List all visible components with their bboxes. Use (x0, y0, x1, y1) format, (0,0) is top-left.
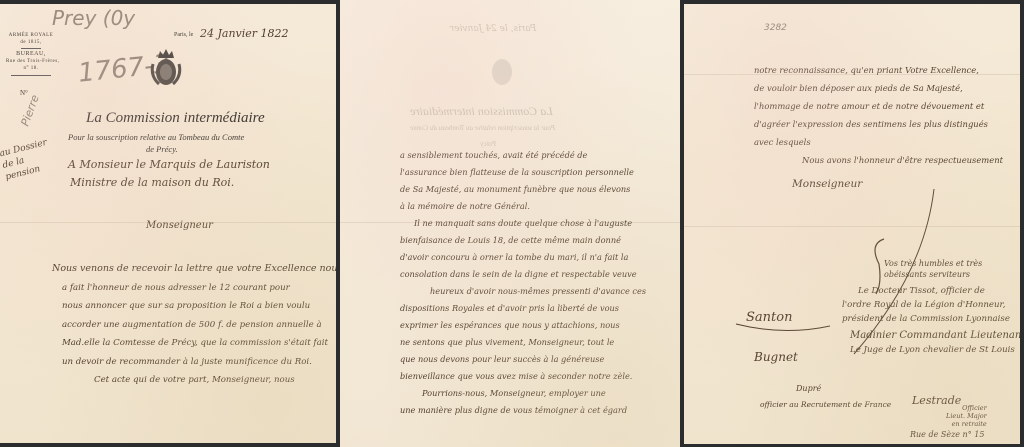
letter-title: La Commission intermédiaire (86, 110, 265, 127)
letter-body-continued: a sensiblement touchés, avait été précéd… (400, 147, 646, 419)
signatory-block: Le Docteur Tissot, officier de l'ordre R… (842, 284, 1020, 357)
bleed-subtitle: Pour la souscription relative au Tombeau… (410, 124, 555, 132)
body-line: de vouloir bien déposer aux pieds de Sa … (754, 79, 1003, 97)
dateline-date: 24 Janvier 1822 (200, 27, 289, 40)
body-line: Pourrions-nous, Monseigneur, employer un… (400, 385, 646, 402)
body-line: nous annoncer que sur sa proposition le … (52, 297, 336, 316)
body-line: un devoir de recommander à la juste muni… (52, 353, 336, 372)
signatory-line: Madinier Commandant Lieutenant (842, 329, 1020, 343)
letter-subtitle-name: de Précy. (146, 144, 178, 154)
dateline-prefix: Paris, le (174, 32, 193, 38)
letterhead-line: de 1815, (6, 39, 56, 46)
body-line: Cet acte qui de votre part, Monseigneur,… (52, 371, 336, 390)
letter-body-closing: notre reconnaissance, qu'en priant Votre… (754, 61, 1003, 169)
officer-note-line: Officier (946, 404, 987, 412)
sender-address: Rue de Sèze n° 15 (910, 430, 984, 439)
signatory-line: Le Docteur Tissot, officier de (842, 284, 1020, 298)
body-line: accorder une augmentation de 500 f. de p… (52, 316, 336, 335)
signature-flourish-icon (734, 320, 834, 336)
letter-subtitle: Pour la souscription relative au Tombeau… (68, 132, 244, 142)
officer-note-line: Lieut. Major (946, 412, 987, 420)
pencil-archive-number: 3282 (764, 23, 787, 33)
body-line: dispositions Royales et d'avoir pris la … (400, 300, 646, 317)
body-line: de Sa Majesté, au monument funèbre que n… (400, 181, 646, 198)
body-line: notre reconnaissance, qu'en priant Votre… (754, 61, 1003, 79)
body-line: avec lesquels (754, 133, 1003, 151)
pencil-note-name: Pierre (19, 93, 42, 128)
body-line: Il ne manquait sans doute quelque chose … (400, 215, 646, 232)
closing-line: obéissants serviteurs (884, 269, 982, 280)
signatory-line: Le Juge de Lyon chevalier de St Louis (842, 343, 1020, 357)
officer-note: Officier Lieut. Major en retraite (946, 404, 987, 428)
body-line: d'agréer l'expression des sentimens les … (754, 115, 1003, 133)
signatory-line: l'ordre Royal de la Légion d'Honneur, (842, 298, 1020, 312)
body-line: une manière plus digne de vous témoigner… (400, 402, 646, 419)
bleed-date: Paris, le 24 Janvier (450, 24, 536, 34)
letter-body: Nous venons de recevoir la lettre que vo… (52, 260, 336, 390)
body-line: d'avoir concouru à orner la tombe du mar… (400, 249, 646, 266)
signatory-line: président de la Commission Lyonnaise (842, 312, 1020, 326)
letterhead-line: n° 18. (6, 65, 56, 72)
letterhead-line: BUREAU, (6, 51, 56, 58)
body-line: que nous devons pour leur succès à la gé… (400, 351, 646, 368)
address-line-1: A Monsieur le Marquis de Lauriston (68, 158, 270, 171)
signature-note: officier au Recrutement de France (760, 400, 891, 409)
signature-dupre: Dupré (796, 384, 821, 393)
manuscript-page-1: Prey (0y 1767-3 Pierre au Dossier de la … (0, 4, 336, 443)
divider (11, 75, 51, 76)
body-line: à la mémoire de notre Général. (400, 198, 646, 215)
officer-note-line: en retraite (946, 420, 987, 428)
body-line: consolation dans le sein de la digne et … (400, 266, 646, 283)
manuscript-page-3: 3282 notre reconnaissance, qu'en priant … (684, 4, 1020, 444)
bleed-title: La Commission intermédiaire (410, 104, 553, 119)
closing-line: Vos très humbles et très (884, 258, 982, 269)
bleed-crest-icon (485, 48, 519, 88)
body-line: l'hommage de notre amour et de notre dév… (754, 97, 1003, 115)
number-label: N° (20, 89, 28, 97)
body-line: Mad.elle la Comtesse de Précy, que la co… (52, 334, 336, 353)
signature-bugnet: Bugnet (754, 350, 798, 364)
closing-formula: Vos très humbles et très obéissants serv… (884, 258, 982, 280)
divider (21, 48, 41, 49)
body-line: bienfaisance de Louis 18, de cette même … (400, 232, 646, 249)
body-line: Nous venons de recevoir la lettre que vo… (52, 260, 336, 279)
body-line: ne sentons que plus vivement, Monseigneu… (400, 334, 646, 351)
letterhead-line: Rue des Trois-Frères, (6, 58, 56, 65)
letterhead-line: ARMÉE ROYALE (6, 32, 56, 39)
body-line: bienveillance que vous avez mise à secon… (400, 368, 646, 385)
body-line: exprimer les espérances que nous y attac… (400, 317, 646, 334)
letterhead: ARMÉE ROYALE de 1815, BUREAU, Rue des Tr… (6, 32, 56, 79)
margin-note: au Dossier de la pension (0, 136, 56, 183)
pencil-note-ref: Prey (0y (52, 6, 135, 30)
address-line-2: Ministre de la maison du Roi. (70, 176, 234, 189)
body-line: Nous avons l'honneur d'être respectueuse… (754, 151, 1003, 169)
salutation: Monseigneur (146, 220, 213, 231)
body-line: a fait l'honneur de nous adresser le 12 … (52, 279, 336, 298)
body-line: a sensiblement touchés, avait été précéd… (400, 147, 646, 164)
body-line: l'assurance bien flatteuse de la souscri… (400, 164, 646, 181)
body-line: heureux d'avoir nous-mêmes pressenti d'a… (400, 283, 646, 300)
manuscript-page-2: Paris, le 24 Janvier La Commission inter… (340, 0, 680, 447)
royal-crest-icon (149, 48, 183, 88)
